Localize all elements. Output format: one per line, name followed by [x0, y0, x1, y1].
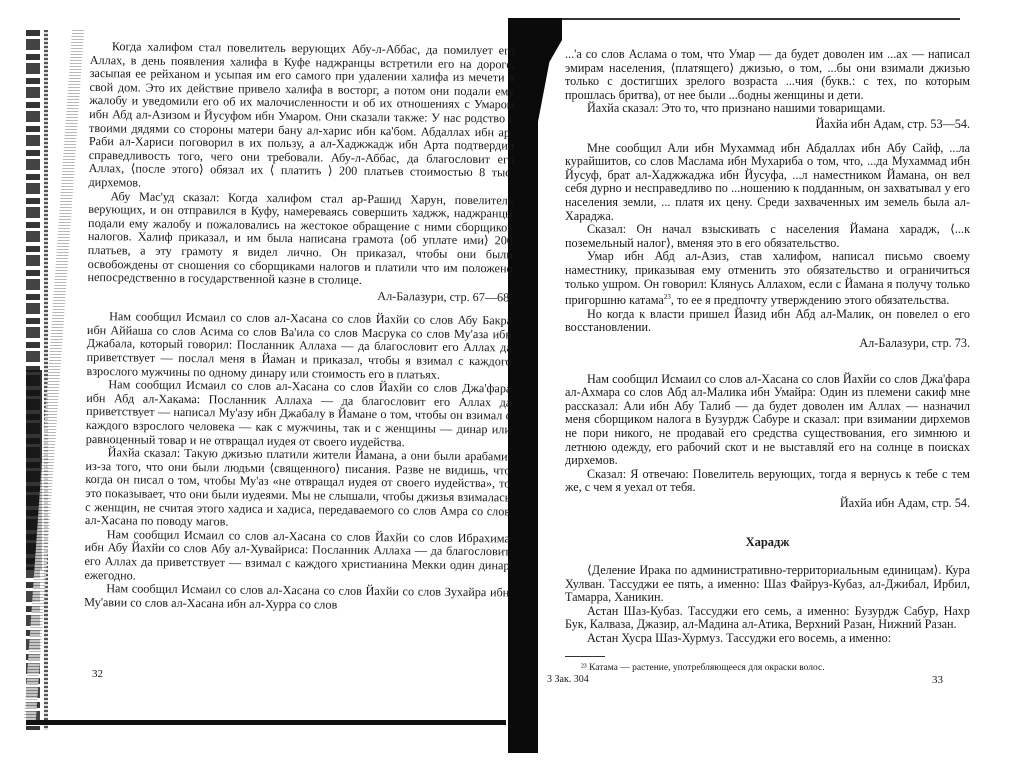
printer-signature: 3 Зак. 304	[547, 674, 589, 685]
paragraph: Нам сообщил Исмаил со слов ал-Хасана со …	[565, 373, 970, 468]
scan-top-edge	[520, 18, 960, 20]
paragraph: Нам сообщил Исмаил со слов ал-Хасана со …	[84, 582, 509, 614]
paragraph: Абу Мас'уд сказал: Когда халифом стал ар…	[87, 190, 513, 290]
paragraph: Нам сообщил Исмаил со слов ал-Хасана со …	[84, 528, 510, 587]
scan-bottom-edge	[26, 720, 506, 725]
paragraph: Сказал: Я отвечаю: Повелитель верующих, …	[565, 468, 970, 495]
paragraph: Нам сообщил Исмаил со слов ал-Хасана со …	[86, 310, 512, 382]
paragraph-text: , то ее я предпочту утверждению этого об…	[671, 293, 950, 307]
paragraph: Астан Хусра Шаз-Хурмуз. Тассуджи его вос…	[565, 632, 970, 646]
paragraph: Йахйа сказал: Это то, что признано нашим…	[565, 102, 970, 116]
paragraph: ...'а со слов Аслама о том, что Умар — д…	[565, 48, 970, 102]
paragraph: ⟨Деление Ирака по административно-террит…	[565, 564, 970, 605]
left-page: Когда халифом стал повелитель верующих А…	[84, 40, 515, 614]
source-citation: Йахйа ибн Адам, стр. 53—54.	[565, 118, 970, 132]
paragraph-with-footnote: Умар ибн Абд ал-Азиз, став халифом, напи…	[565, 250, 970, 307]
paragraph: Астан Шаз-Кубаз. Тассуджи его семь, а им…	[565, 605, 970, 632]
paragraph: Йахйа сказал: Такую джизью платили жител…	[85, 446, 511, 532]
paragraph: Но когда к власти пришел Йазид ибн Абд а…	[565, 308, 970, 335]
source-citation: Йахйа ибн Адам, стр. 54.	[565, 497, 970, 511]
page-number: 32	[92, 668, 103, 680]
source-citation: Ал-Балазури, стр. 67—68.	[87, 287, 512, 305]
source-citation: Ал-Балазури, стр. 73.	[565, 337, 970, 351]
paragraph: Мне сообщил Али ибн Мухаммад ибн Абдалла…	[565, 142, 970, 224]
footnote-ref: 23	[664, 293, 671, 301]
gutter-shadow	[520, 18, 562, 128]
paragraph: Нам сообщил Исмаил со слов ал-Хасана со …	[86, 378, 512, 450]
paragraph: Когда халифом стал повелитель верующих А…	[88, 40, 515, 194]
right-page: ...'а со слов Аслама о том, что Умар — д…	[565, 48, 970, 674]
footnote: ²³ Катама — растение, употребляющееся дл…	[565, 663, 970, 674]
footnote-rule	[565, 656, 605, 657]
page-number: 33	[932, 674, 943, 686]
section-heading: Харадж	[565, 536, 970, 550]
paragraph: Сказал: Он начал взыскивать с населения …	[565, 223, 970, 250]
